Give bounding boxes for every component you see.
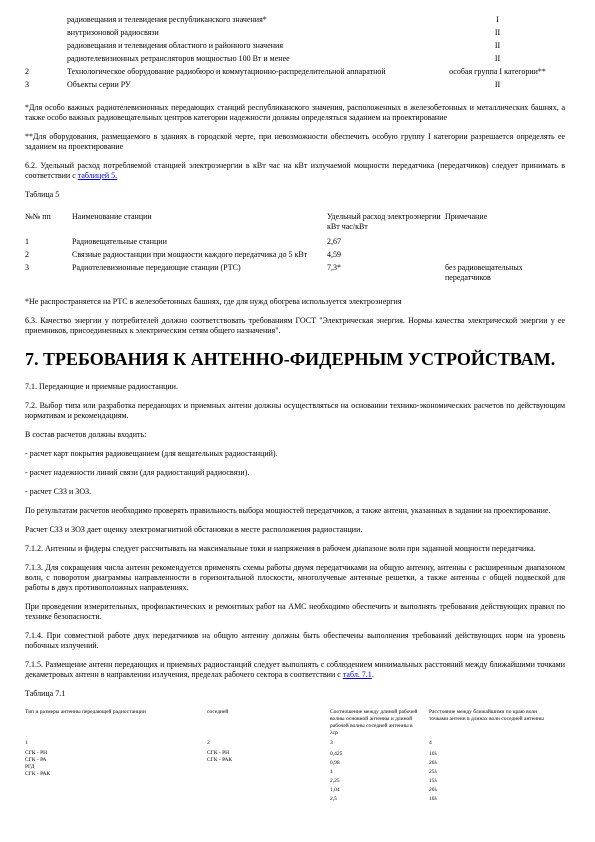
- column-number: 3: [330, 737, 429, 750]
- row-note: без радиовещательных передатчиков: [445, 262, 565, 285]
- facility-name: Технологическое оборудование радиобюро и…: [67, 65, 430, 78]
- paragraph-6-2: 6.2. Удельный расход потребляемой станци…: [25, 161, 565, 181]
- link-table-7-1[interactable]: табл. 7.1: [343, 670, 372, 679]
- paragraph-7-1-5: 7.1.5. Размещение антенн передающих и пр…: [25, 660, 565, 680]
- station-name: Радиовещательные станции: [72, 236, 327, 249]
- reliability-category: II: [430, 39, 565, 52]
- row-number: 2: [25, 249, 72, 262]
- paragraph-7-1-2: 7.1.2. Антенны и фидеры следует рассчиты…: [25, 544, 565, 554]
- facility-name: внутризоновой радиосвязи: [67, 26, 430, 39]
- row-note: [445, 236, 565, 249]
- ratio-value: 2,25: [330, 777, 429, 786]
- link-table-5[interactable]: таблицей 5.: [78, 171, 117, 180]
- section-7-heading: 7. ТРЕБОВАНИЯ К АНТЕННО-ФИДЕРНЫМ УСТРОЙС…: [25, 349, 565, 370]
- antenna-type: РГД: [25, 764, 207, 771]
- antenna-distance-table: Тип и размеры антенны передающей радиост…: [25, 709, 565, 804]
- table-7-1-caption: Таблица 7.1: [25, 689, 565, 699]
- column-number: 2: [207, 737, 330, 750]
- consumption-value: 2,67: [327, 236, 445, 249]
- list-item-coverage-maps: - расчет карт покрытия радиовещанием (дл…: [25, 449, 565, 459]
- distance-value: 20λ: [429, 759, 565, 768]
- table-header-row: №№ пп Наименование станции Удельный расх…: [25, 210, 565, 236]
- consumption-value: 7,3*: [327, 262, 445, 285]
- paragraph-7-1-4: 7.1.4. При совместной работе двух переда…: [25, 631, 565, 651]
- footnote-double-star: **Для оборудования, размещаемого в здани…: [25, 132, 565, 152]
- distance-value: 15λ: [429, 777, 565, 786]
- reliability-category: I: [430, 13, 565, 26]
- min-distance-values: 10λ 20λ 25λ 15λ 20λ 10λ: [429, 750, 565, 804]
- paragraph-list-intro: В состав расчетов должны входить:: [25, 430, 565, 440]
- facility-name: радиовещания и телевидения областного и …: [67, 39, 430, 52]
- paragraph-ams-safety: При проведении измерительных, профилакти…: [25, 602, 565, 622]
- document-page: радиовещания и телевидения республиканск…: [0, 0, 595, 842]
- row-number: 1: [25, 236, 72, 249]
- paragraph-6-3: 6.3. Качество энергии у потребителей дол…: [25, 316, 565, 336]
- paragraph-7-1: 7.1. Передающие и приемные радиостанции.: [25, 382, 565, 392]
- reliability-category: II: [430, 78, 565, 91]
- energy-consumption-table: №№ пп Наименование станции Удельный расх…: [25, 210, 565, 285]
- ratio-value: 0,98: [330, 759, 429, 768]
- column-number: 1: [25, 737, 207, 750]
- distance-value: 10λ: [429, 750, 565, 759]
- ratio-value: 0,425: [330, 750, 429, 759]
- header-note: Примечание: [445, 210, 565, 236]
- table-row: радиотелевизионных ретрансляторов мощнос…: [25, 52, 565, 65]
- distance-value: 20λ: [429, 786, 565, 795]
- ratio-value: 1,04: [330, 786, 429, 795]
- footnote-star: *Для особо важных радиотелевизионных пер…: [25, 103, 565, 123]
- header-station-name: Наименование станции: [72, 210, 327, 236]
- row-number: [25, 13, 67, 26]
- antenna-type: СГК - РН: [207, 750, 330, 757]
- header-min-distance: Расстояние между ближайшими по краю волн…: [429, 709, 565, 737]
- table-5-caption: Таблица 5: [25, 190, 565, 200]
- header-num: №№ пп: [25, 210, 72, 236]
- antenna-type: СГК - РАК: [25, 771, 207, 778]
- reliability-category: особая группа I категории**: [430, 65, 565, 78]
- distance-value: 10λ: [429, 795, 565, 804]
- distance-value: 25λ: [429, 768, 565, 777]
- station-name: Связные радиостанции при мощности каждог…: [72, 249, 327, 262]
- header-antenna-type-transmitting: Тип и размеры антенны передающей радиост…: [25, 709, 207, 737]
- reliability-category: II: [430, 52, 565, 65]
- power-category-table: радиовещания и телевидения республиканск…: [25, 13, 565, 91]
- row-number: [25, 26, 67, 39]
- paragraph-7-1-5-text: 7.1.5. Размещение антенн передающих и пр…: [25, 660, 565, 679]
- reliability-category: II: [430, 26, 565, 39]
- paragraph-results-check: По результатам расчетов необходимо прове…: [25, 506, 565, 516]
- table-row: радиовещания и телевидения республиканск…: [25, 13, 565, 26]
- ratio-value: 2,5: [330, 795, 429, 804]
- table-row: радиовещания и телевидения областного и …: [25, 39, 565, 52]
- station-name: Радиотелевизионные передающие станции (Р…: [72, 262, 327, 285]
- paragraph-szz-assessment: Расчет СЗЗ и ЗОЗ дает оценку электромагн…: [25, 525, 565, 535]
- paragraph-7-1-3: 7.1.3. Для сокращения числа антенн реком…: [25, 563, 565, 593]
- antenna-types-transmitting: СГК - РН СГК - РА РГД СГК - РАК: [25, 750, 207, 804]
- table-row: внутризоновой радиосвязи II: [25, 26, 565, 39]
- table-row: 2 Связные радиостанции при мощности кажд…: [25, 249, 565, 262]
- table-5-footnote: *Не распространяется на РТС в железобето…: [25, 297, 565, 307]
- antenna-type: СГК - РА: [25, 757, 207, 764]
- facility-name: радиовещания и телевидения республиканск…: [67, 13, 430, 26]
- antenna-type: СГК - РАК: [207, 757, 330, 764]
- antenna-types-adjacent: СГК - РН СГК - РАК: [207, 750, 330, 804]
- header-consumption: Удельный расход электроэнергии кВт час/к…: [327, 210, 445, 236]
- paragraph-7-1-5-period: .: [372, 670, 374, 679]
- list-item-link-reliability: - расчет надежности линий связи (для рад…: [25, 468, 565, 478]
- consumption-value: 4,59: [327, 249, 445, 262]
- row-note: [445, 249, 565, 262]
- paragraph-7-2: 7.2. Выбор типа или разработка передающи…: [25, 401, 565, 421]
- antenna-type: СГК - РН: [25, 750, 207, 757]
- table-row: 3 Радиотелевизионные передающие станции …: [25, 262, 565, 285]
- facility-name: радиотелевизионных ретрансляторов мощнос…: [67, 52, 430, 65]
- row-number: 3: [25, 78, 67, 91]
- row-number: 3: [25, 262, 72, 285]
- row-number: [25, 39, 67, 52]
- table-row: 2 Технологическое оборудование радиобюро…: [25, 65, 565, 78]
- list-item-szz-zoz: - расчет СЗЗ и ЗОЗ.: [25, 487, 565, 497]
- column-number: 4: [429, 737, 565, 750]
- header-antenna-type-adjacent: соседней: [207, 709, 330, 737]
- row-number: 2: [25, 65, 67, 78]
- table-row: 1 Радиовещательные станции 2,67: [25, 236, 565, 249]
- table-row: 3 Объекты серии РУ II: [25, 78, 565, 91]
- row-number: [25, 52, 67, 65]
- ratio-value: 1: [330, 768, 429, 777]
- wavelength-ratio-values: 0,425 0,98 1 2,25 1,04 2,5: [330, 750, 429, 804]
- header-wavelength-ratio: Соотношение между длиной рабочей волны о…: [330, 709, 429, 737]
- facility-name: Объекты серии РУ: [67, 78, 430, 91]
